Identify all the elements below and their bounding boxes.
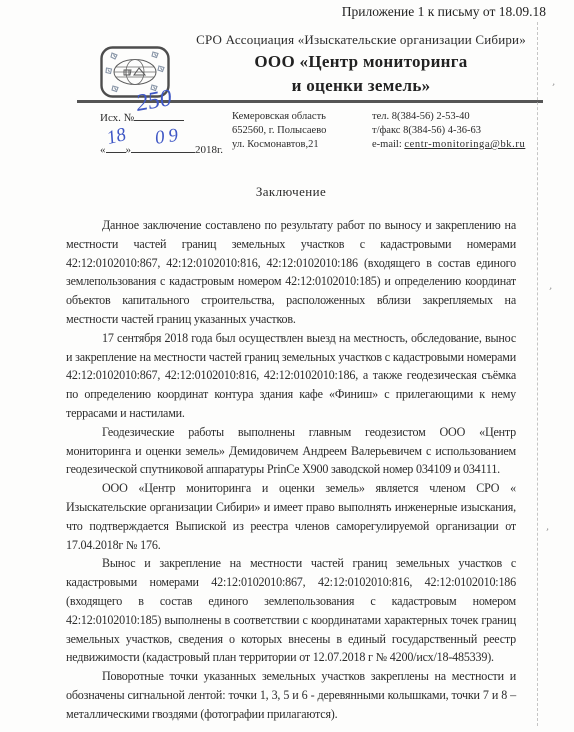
scan-artifact: ’ (546, 286, 553, 297)
address-block: Кемеровская область 652560, г. Полысаево… (232, 110, 326, 152)
document-body: Заключение Данное заключение составлено … (66, 184, 516, 724)
document-page: Приложение 1 к письму от 18.09.18 СРО Ас… (0, 0, 574, 732)
paragraph: Геодезические работы выполнены главным г… (66, 423, 516, 479)
outgoing-ref-block: Исх. №250 «18»092018г. (100, 108, 230, 156)
address-line: 652560, г. Полысаево (232, 124, 326, 138)
date-month-blank: 09 (131, 140, 195, 153)
address-line: ул. Космонавтов,21 (232, 138, 326, 152)
outgoing-number-blank: 250 (134, 108, 184, 121)
org-name-line2: и оценки земель» (178, 75, 544, 96)
paragraph: ООО «Центр мониторинга и оценки земель» … (66, 479, 516, 554)
scan-fold-line (537, 22, 538, 726)
scan-artifact: ’ (549, 82, 556, 93)
paragraph: 17 сентября 2018 года был осуществлен вы… (66, 329, 516, 423)
phone-line: тел. 8(384-56) 2-53-40 (372, 110, 525, 124)
document-title: Заключение (66, 184, 516, 200)
outgoing-number-row: Исх. №250 (100, 108, 230, 130)
paragraph: Поворотные точки указанных земельных уча… (66, 667, 516, 723)
organization-logo (100, 46, 170, 98)
letterhead-divider (77, 100, 543, 103)
date-year-suffix: 2018г. (195, 144, 223, 156)
letterhead-titles: СРО Ассоциация «Изыскательские организац… (178, 32, 544, 96)
annex-note: Приложение 1 к письму от 18.09.18 (342, 4, 546, 20)
contacts-block: тел. 8(384-56) 2-53-40 т/факс 8(384-56) … (372, 110, 525, 152)
address-line: Кемеровская область (232, 110, 326, 124)
email-line: e-mail: centr-monitoringa@bk.ru (372, 138, 525, 152)
fax-line: т/факс 8(384-56) 4-36-63 (372, 124, 525, 138)
outgoing-number-label: Исх. № (100, 112, 134, 124)
org-name-line1: ООО «Центр мониторинга (178, 51, 544, 72)
association-name: СРО Ассоциация «Изыскательские организац… (178, 32, 544, 48)
date-day-blank: 18 (106, 140, 126, 153)
paragraph: Данное заключение составлено по результа… (66, 216, 516, 329)
globe-emblem-icon (100, 46, 170, 98)
outgoing-date-row: «18»092018г. (100, 140, 230, 156)
email-label: e-mail: (372, 139, 404, 150)
paragraph: Вынос и закрепление на местности частей … (66, 554, 516, 667)
email-address: centr-monitoringa@bk.ru (404, 139, 525, 150)
scan-artifact: ’ (544, 527, 550, 538)
